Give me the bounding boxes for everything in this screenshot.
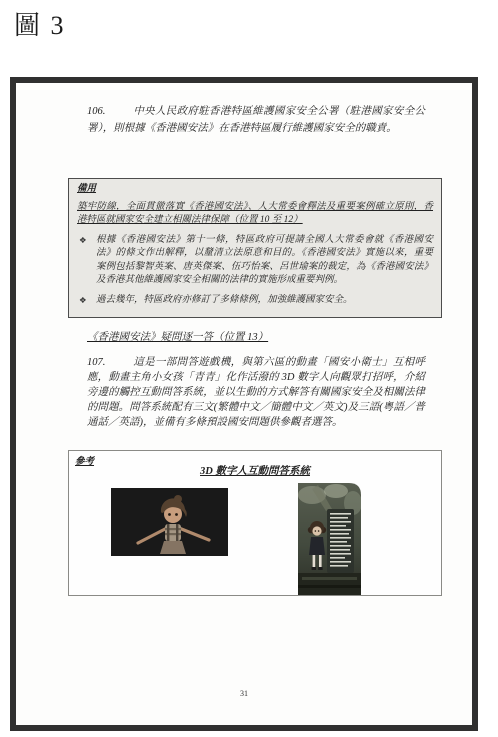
section-heading: 《香港國安法》疑問逐一答（位置 13） bbox=[87, 329, 268, 344]
remarks-summary: 築牢防線，全面貫徹落實《香港國安法》、人大常委會釋法及重要案例確立原則，香港特區… bbox=[77, 201, 433, 228]
figure-label: 圖 3 bbox=[14, 5, 66, 42]
paragraph-106-number: 106. bbox=[87, 103, 133, 120]
remarks-box-label: 備用 bbox=[77, 183, 433, 197]
remarks-bullet-text: 根據《香港國安法》第十一條，特區政府可提請全國人大常委會就《香港國安法》的條文作… bbox=[96, 235, 433, 286]
remarks-bullet-item: ❖ 根據《香港國安法》第十一條，特區政府可提請全國人大常委會就《香港國安法》的條… bbox=[77, 234, 433, 288]
avatar-kiosk-photo bbox=[298, 483, 361, 595]
paragraph-107-text: 這是一部問答遊戲機，與第六區的動畫「國安小衛士」互相呼應，動畫主角小女孩「青青」… bbox=[87, 357, 425, 428]
paragraph-107: 107.這是一部問答遊戲機，與第六區的動畫「國安小衛士」互相呼應，動畫主角小女孩… bbox=[87, 355, 425, 430]
reference-box: 參考 3D 數字人互動問答系統 bbox=[68, 450, 442, 596]
paragraph-107-number: 107. bbox=[87, 355, 133, 370]
reference-box-title: 3D 數字人互動問答系統 bbox=[69, 463, 441, 478]
diamond-bullet-icon: ❖ bbox=[79, 294, 87, 308]
page-number: 31 bbox=[16, 689, 472, 698]
paragraph-106: 106.中央人民政府駐香港特區維護國家安全公署（駐港國家安全公署），則根據《香港… bbox=[87, 103, 425, 137]
3d-girl-avatar-photo bbox=[111, 488, 228, 556]
document-page: 106.中央人民政府駐香港特區維護國家安全公署（駐港國家安全公署），則根據《香港… bbox=[10, 77, 478, 731]
remarks-box: 備用 築牢防線，全面貫徹落實《香港國安法》、人大常委會釋法及重要案例確立原則，香… bbox=[68, 178, 442, 318]
paragraph-106-text: 中央人民政府駐香港特區維護國家安全公署（駐港國家安全公署），則根據《香港國安法》… bbox=[87, 106, 425, 134]
diamond-bullet-icon: ❖ bbox=[79, 234, 87, 248]
remarks-bullet-item: ❖ 過去幾年，特區政府亦修訂了多條條例，加強維護國家安全。 bbox=[77, 294, 433, 308]
remarks-bullet-text: 過去幾年，特區政府亦修訂了多條條例，加強維護國家安全。 bbox=[96, 295, 353, 305]
